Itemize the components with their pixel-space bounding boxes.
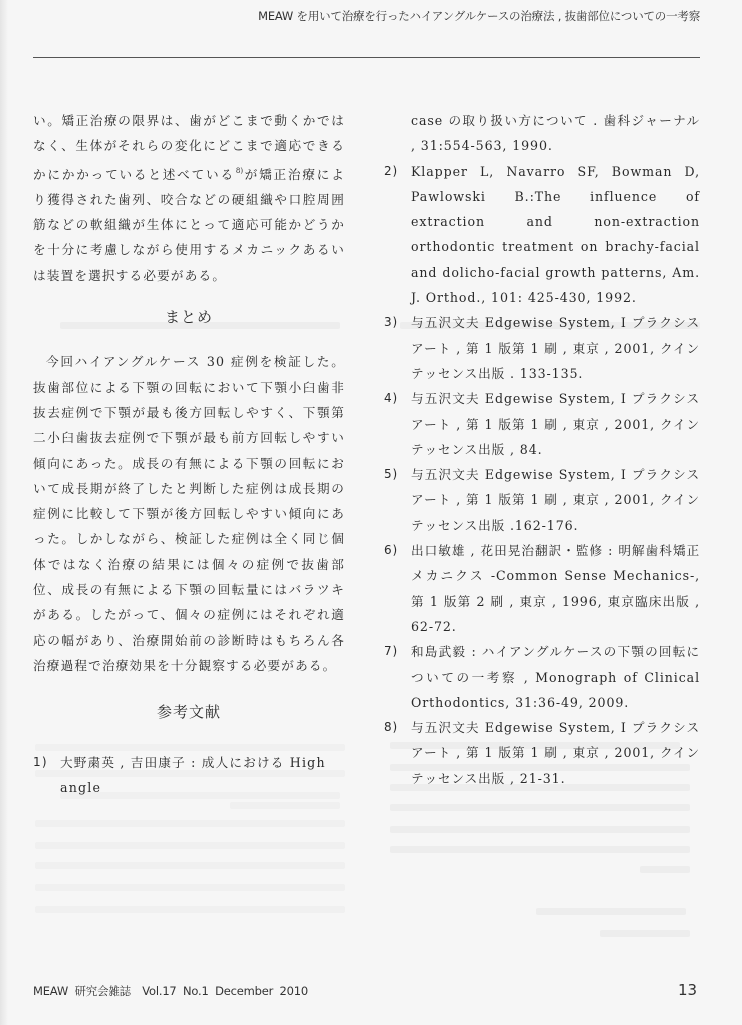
reference-number: 5) <box>384 462 398 487</box>
page-number: 13 <box>678 981 697 999</box>
reference-item-2: 2) Klapper L, Navarro SF, Bowman D, Pawl… <box>384 159 700 311</box>
reference-text: 和島武毅 : ハイアングルケースの下顎の回転についての一考察 , Monogra… <box>411 639 700 715</box>
footer-journal-info: MEAW 研究会雑誌 Vol.17 No.1 December 2010 <box>33 983 308 999</box>
reference-number: 1) <box>33 750 48 775</box>
reference-text: case の取り扱い方について . 歯科ジャーナル , 31:554-563, … <box>411 108 700 159</box>
reference-text: 与五沢文夫 Edgewise System, I プラクシスアート , 第 1 … <box>411 462 700 538</box>
reference-item-8: 8) 与五沢文夫 Edgewise System, I プラクシスアート , 第… <box>384 715 700 791</box>
reference-text: Klapper L, Navarro SF, Bowman D, Pawlows… <box>411 159 700 311</box>
intro-paragraph: い。矯正治療の限界は、歯がどこまで動くかではなく、生体がそれらの変化にどこまで適… <box>33 108 345 288</box>
header-rule <box>33 57 700 58</box>
reference-number: 4) <box>384 386 398 411</box>
reference-item-1: 1) 大野粛英 , 吉田康子 : 成人における High angle <box>33 750 345 801</box>
intro-text-after-cite: が矯正治療により獲得された歯列、咬合などの硬組織や口腔周囲筋などの軟組織が生体に… <box>33 167 345 283</box>
reference-text: 与五沢文夫 Edgewise System, I プラクシスアート , 第 1 … <box>411 386 700 462</box>
right-column: case の取り扱い方について . 歯科ジャーナル , 31:554-563, … <box>384 108 700 791</box>
summary-paragraph: 今回ハイアングルケース 30 症例を検証した。抜歯部位による下顎の回転において下… <box>33 349 345 678</box>
reference-text: 出口敏雄 , 花田晃治翻訳・監修 : 明解歯科矯正メカニクス -Common S… <box>411 538 700 639</box>
reference-item-3: 3) 与五沢文夫 Edgewise System, I プラクシスアート , 第… <box>384 310 700 386</box>
page-edge-shadow <box>0 0 8 1025</box>
reference-number: 7) <box>384 639 398 664</box>
reference-item-7: 7) 和島武毅 : ハイアングルケースの下顎の回転についての一考察 , Mono… <box>384 639 700 715</box>
left-column: い。矯正治療の限界は、歯がどこまで動くかではなく、生体がそれらの変化にどこまで適… <box>33 108 345 800</box>
reference-item-5: 5) 与五沢文夫 Edgewise System, I プラクシスアート , 第… <box>384 462 700 538</box>
section-heading-references: 参考文献 <box>33 700 345 725</box>
citation-marker: 8) <box>236 167 243 175</box>
reference-item-6: 6) 出口敏雄 , 花田晃治翻訳・監修 : 明解歯科矯正メカニクス -Commo… <box>384 538 700 639</box>
running-head: MEAW を用いて治療を行ったハイアングルケースの治療法 , 抜歯部位についての… <box>0 8 700 24</box>
reference-item-4: 4) 与五沢文夫 Edgewise System, I プラクシスアート , 第… <box>384 386 700 462</box>
reference-text: 与五沢文夫 Edgewise System, I プラクシスアート , 第 1 … <box>411 715 700 791</box>
reference-number: 2) <box>384 159 398 184</box>
reference-item-1-continued: case の取り扱い方について . 歯科ジャーナル , 31:554-563, … <box>384 108 700 159</box>
reference-number: 3) <box>384 310 398 335</box>
reference-text: 与五沢文夫 Edgewise System, I プラクシスアート , 第 1 … <box>411 310 700 386</box>
reference-number: 8) <box>384 715 398 740</box>
reference-number: 6) <box>384 538 398 563</box>
section-heading-summary: まとめ <box>33 305 345 330</box>
reference-text: 大野粛英 , 吉田康子 : 成人における High angle <box>60 750 345 801</box>
